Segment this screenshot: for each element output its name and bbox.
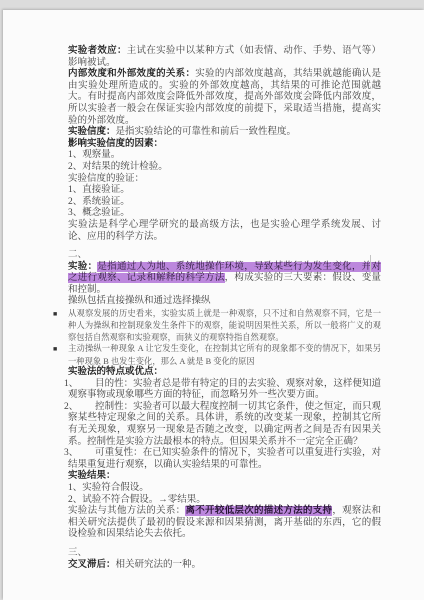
paragraph-manipulation-note: 操纵包括直接操纵和通过选择操纵 [68,296,381,308]
bullet-note-observation-history: ■从观察发展的历史看来，实验实质上就是一种观察，只不过和自然观察不同，它是一种人… [68,308,381,343]
list-item: 1、直接验证。 [68,185,381,197]
paragraph-experiment-definition: 实验：是指通过人为地、系统地操作环境，导致某些行为发生变化，并对之进行观察、记录… [68,262,381,297]
term-experimenter-effect: 实验者效应： [68,46,127,56]
heading-experiment-results: 实验结果： [68,471,381,483]
blank-space [68,541,381,548]
item-title: 目的性： [95,379,133,389]
item-title: 可重复性： [95,448,143,458]
numbered-item-purposiveness: 1、目的性：实验者总是带有特定的目的去实验、观察对象，这样便知道观察事物或现象哪… [68,379,381,402]
list-item: 1、实验符合假设。 [68,483,381,495]
term-cross-lagged: 交叉滞后： [68,560,116,570]
item-number: 2、 [64,402,95,414]
list-item: 3、概念验证。 [68,208,381,220]
paragraph-validity-relation: 内部效度和外部效度的关系：实验的内部效度越高，其结果就越能确认是由实验处理所造成… [68,69,381,127]
item-number: 3、 [64,448,95,460]
bullet-square-icon: ■ [53,309,68,320]
highlighted-text: 离不开较低层次的描述方法的支持 [185,506,332,516]
list-item: 2、系统验证。 [68,197,381,209]
item-number: 1、 [64,379,95,391]
heading-experiment-features: 实验法的特点或优点： [68,367,381,379]
section-number-3: 三、 [68,548,381,560]
paragraph-cross-lagged: 交叉滞后：相关研究法的一种。 [68,560,381,572]
term-validity-relation: 内部效度和外部效度的关系： [68,69,195,79]
item-title: 控制性： [95,402,133,412]
lead-text: 实验法与其他方法的关系： [68,506,185,516]
heading-reliability-factors: 影响实验信度的因素： [68,139,381,151]
definition-text: 是指实验结论的可靠性和前后一致性程度。 [116,127,297,137]
paragraph-relation-other-methods: 实验法与其他方法的关系：离不开较低层次的描述方法的支持，观察法和相关研究法提供了… [68,506,381,541]
bullet-note-causal-logic: ■主动操纵一种现象 A 让它发生变化，在控制其它所有的现象都不变的情况下，如果另… [68,343,381,367]
bullet-square-icon: ■ [53,344,68,355]
numbered-item-repeatability: 3、可重复性：在已知实验条件的情况下，实验者可以重复进行实验，对结果重复进行观察… [68,448,381,471]
bullet-text: 主动操纵一种现象 A 让它发生变化，在控制其它所有的现象都不变的情况下，如果另一… [68,344,381,365]
definition-text: 相关研究法的一种。 [116,560,202,570]
text-cursor-mark [370,255,371,273]
document-body: 实验者效应：主试在实验中以某种方式（如表情、动作、手势、语气等）影响被试。 内部… [68,46,381,571]
document-page: 实验者效应：主试在实验中以某种方式（如表情、动作、手势、语气等）影响被试。 内部… [3,10,424,600]
term-reliability: 实验信度： [68,127,116,137]
subheading-reliability-verification: 实验信度的验证： [68,174,381,186]
list-item: 1、观察量。 [68,150,381,162]
numbered-item-controllability: 2、控制性：实验者可以最大程度控制一切其它条件，使之恒定，而只观察某些特定现象之… [68,402,381,448]
list-item: 2、试验不符合假设。→零结果。 [68,495,381,507]
term-experiment: 实验： [68,262,97,272]
paragraph-method-summary: 实验法是科学心理学研究的最高级方法，也是实验心理学系统发展、讨论、应用的科学方法… [68,220,381,243]
paragraph-experimenter-effect: 实验者效应：主试在实验中以某种方式（如表情、动作、手势、语气等）影响被试。 [68,46,381,69]
blank-space [68,243,381,250]
list-item: 2、对结果的统计检验。 [68,162,381,174]
bullet-text: 从观察发展的历史看来，实验实质上就是一种观察，只不过和自然观察不同，它是一种人为… [68,309,381,342]
paragraph-reliability: 实验信度：是指实验结论的可靠性和前后一致性程度。 [68,127,381,139]
section-number-2: 二、 [68,250,381,262]
